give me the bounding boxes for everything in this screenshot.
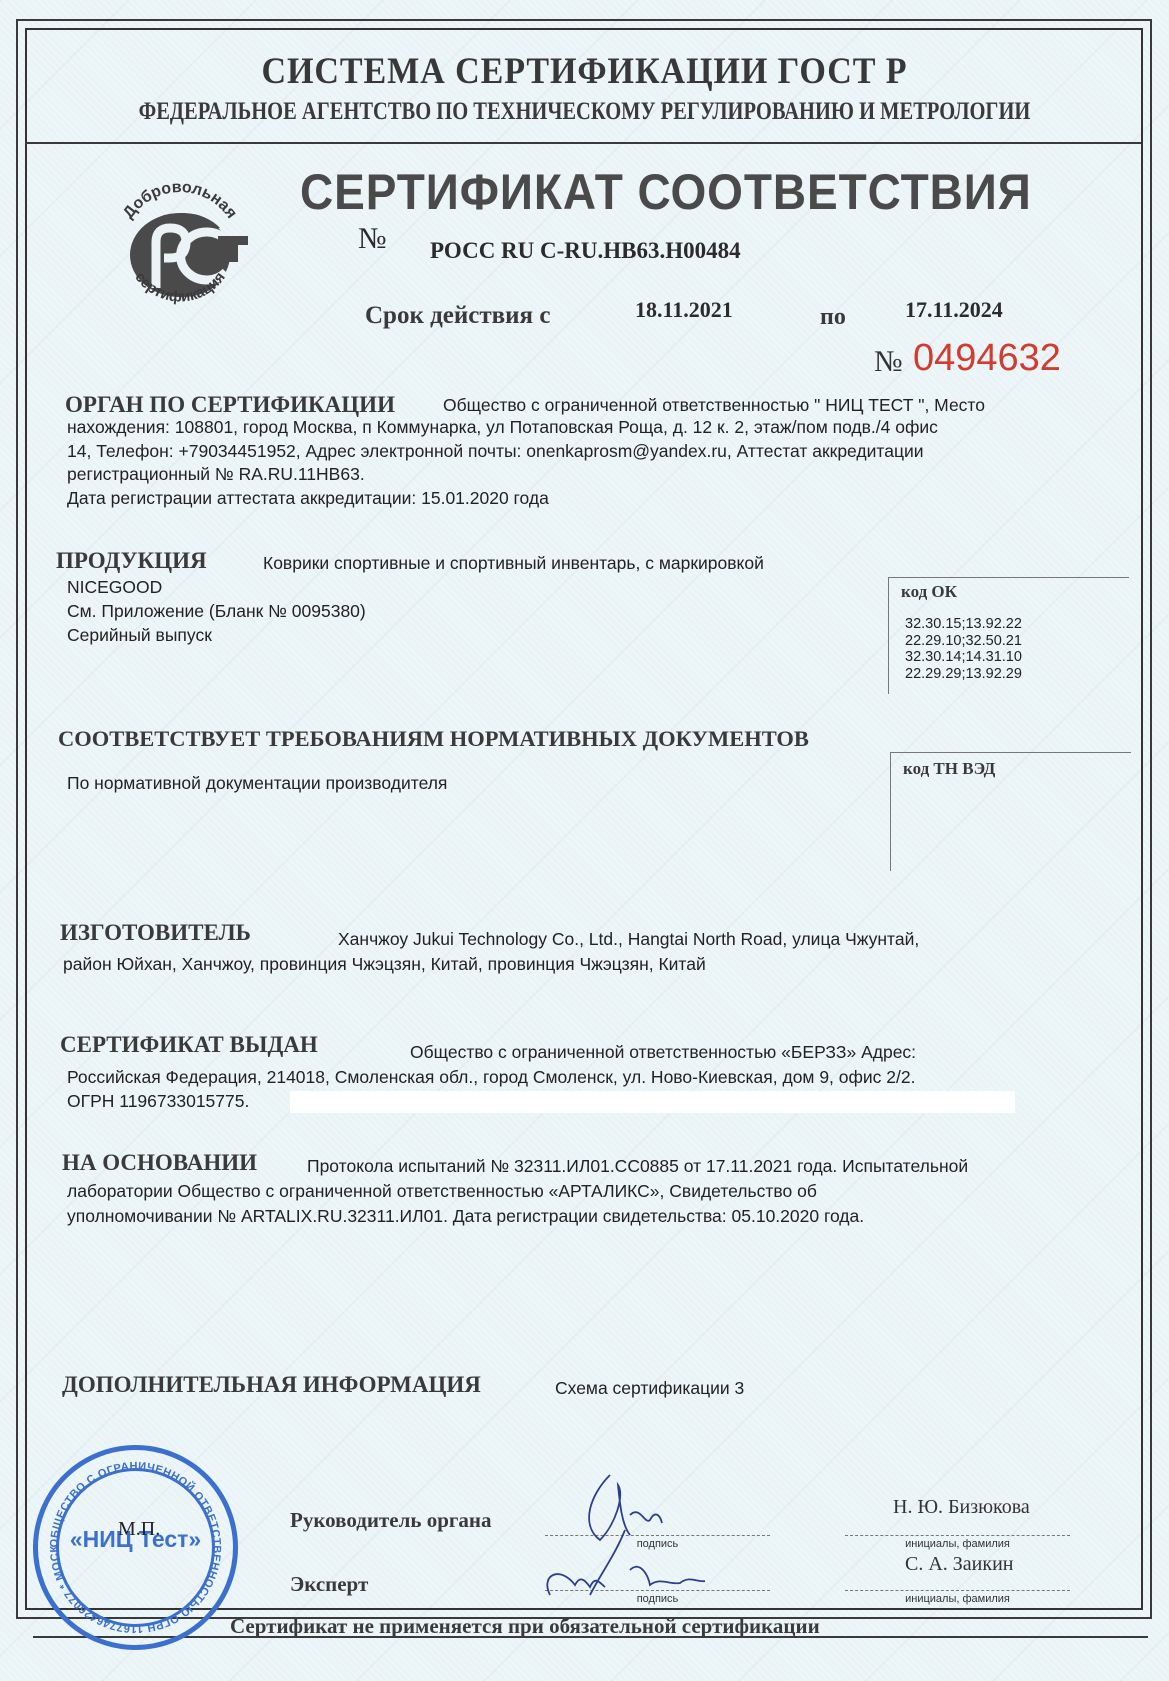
expert-name-caption: инициалы, фамилия [845, 1593, 1070, 1605]
ok-code: 22.29.10;32.50.21 [905, 633, 1022, 650]
product-line1: Коврики спортивные и спортивный инвентар… [263, 552, 764, 574]
rst-logo: Добровольная сертификация [100, 170, 260, 330]
product-appendix: См. Приложение (Бланк № 0095380) [67, 600, 366, 622]
organization-seal: ОБЩЕСТВО С ОГРАНИЧЕННОЙ ОТВЕТСТВЕННОСТЬЮ… [33, 1445, 238, 1650]
validity-label: Срок действия с [365, 302, 550, 330]
manufacturer-line1: Ханчжоу Jukui Technology Co., Ltd., Hang… [338, 928, 919, 950]
head-name: Н. Ю. Бизюкова [893, 1496, 1030, 1519]
certificate-number: РОСС RU С-RU.НВ63.Н00484 [430, 238, 741, 264]
blank-number: 0494632 [913, 337, 1061, 380]
expert-label: Эксперт [290, 1572, 368, 1597]
certification-body-line2: нахождения: 108801, город Москва, п Комм… [67, 416, 938, 438]
certification-body-line3: 14, Телефон: +79034451952, Адрес электро… [67, 440, 924, 462]
footer-note: Сертификат не применяется при обязательн… [230, 1614, 820, 1639]
issued-to-line1: Общество с ограниченной ответственностью… [410, 1041, 916, 1063]
basis-line1: Протокола испытаний № 32311.ИЛ01.СС0885 … [307, 1155, 968, 1177]
issued-to-line2: Российская Федерация, 214018, Смоленская… [67, 1066, 916, 1088]
basis-line2: лаборатории Общество с ограниченной отве… [67, 1180, 817, 1202]
manufacturer-heading: ИЗГОТОВИТЕЛЬ [60, 920, 251, 946]
issued-to-heading: СЕРТИФИКАТ ВЫДАН [60, 1032, 318, 1058]
basis-heading: НА ОСНОВАНИИ [62, 1150, 257, 1176]
stamp-place-label: М.П. [118, 1518, 160, 1541]
accreditation-date: Дата регистрации аттестата аккредитации:… [67, 487, 549, 509]
product-brand: NICEGOOD [67, 576, 162, 598]
ok-code-heading: код ОК [901, 582, 957, 602]
tnved-code-heading: код ТН ВЭД [903, 759, 995, 779]
ok-code-box: код ОК 32.30.15;13.92.22 22.29.10;32.50.… [888, 577, 1129, 694]
manufacturer-line2: район Юйхан, Ханчжоу, провинция Чжэцзян,… [63, 953, 706, 975]
certification-body-line1: Общество с ограниченной ответственностью… [443, 394, 985, 416]
product-production-type: Серийный выпуск [67, 624, 212, 646]
valid-to-date: 17.11.2024 [905, 297, 1003, 323]
conformity-heading: СООТВЕТСТВУЕТ ТРЕБОВАНИЯМ НОРМАТИВНЫХ ДО… [58, 726, 809, 752]
ok-code: 22.29.29;13.92.29 [905, 666, 1022, 683]
ok-code: 32.30.15;13.92.22 [905, 616, 1022, 633]
rst-logo-icon: Добровольная сертификация [100, 170, 260, 330]
valid-from-date: 18.11.2021 [635, 297, 733, 323]
expert-name: С. А. Заикин [905, 1553, 1014, 1576]
issued-to-line3: ОГРН 1196733015775. [67, 1090, 249, 1112]
conformity-text: По нормативной документации производител… [67, 772, 447, 794]
header-divider [25, 142, 1141, 144]
expert-name-line [845, 1590, 1070, 1591]
document-title: СЕРТИФИКАТ СООТВЕТСТВИЯ [300, 163, 1032, 221]
tnved-code-box: код ТН ВЭД [890, 752, 1131, 871]
blank-number-label: № [874, 345, 903, 379]
ok-code: 32.30.14;14.31.10 [905, 649, 1022, 666]
redacted-block [290, 1091, 1015, 1113]
product-heading: ПРОДУКЦИЯ [56, 548, 207, 574]
number-label: № [358, 222, 387, 256]
system-title: СИСТЕМА СЕРТИФИКАЦИИ ГОСТ Р [47, 50, 1122, 93]
agency-name: ФЕДЕРАЛЬНОЕ АГЕНТСТВО ПО ТЕХНИЧЕСКОМУ РЕ… [105, 98, 1064, 126]
to-label: по [820, 304, 846, 331]
basis-line3: уполномочивании № ARTALIX.RU.32311.ИЛ01.… [67, 1205, 864, 1227]
ok-code-list: 32.30.15;13.92.22 22.29.10;32.50.21 32.3… [905, 616, 1022, 682]
handwritten-signatures-icon [530, 1465, 730, 1605]
certification-body-heading: ОРГАН ПО СЕРТИФИКАЦИИ [65, 392, 395, 418]
additional-info-heading: ДОПОЛНИТЕЛЬНАЯ ИНФОРМАЦИЯ [62, 1372, 481, 1398]
head-of-body-label: Руководитель органа [290, 1508, 492, 1533]
certification-scheme: Схема сертификации 3 [555, 1377, 744, 1399]
certification-body-line4: регистрационный № RA.RU.11НВ63. [67, 463, 365, 485]
head-name-line [845, 1535, 1070, 1536]
head-name-caption: инициалы, фамилия [845, 1538, 1070, 1550]
